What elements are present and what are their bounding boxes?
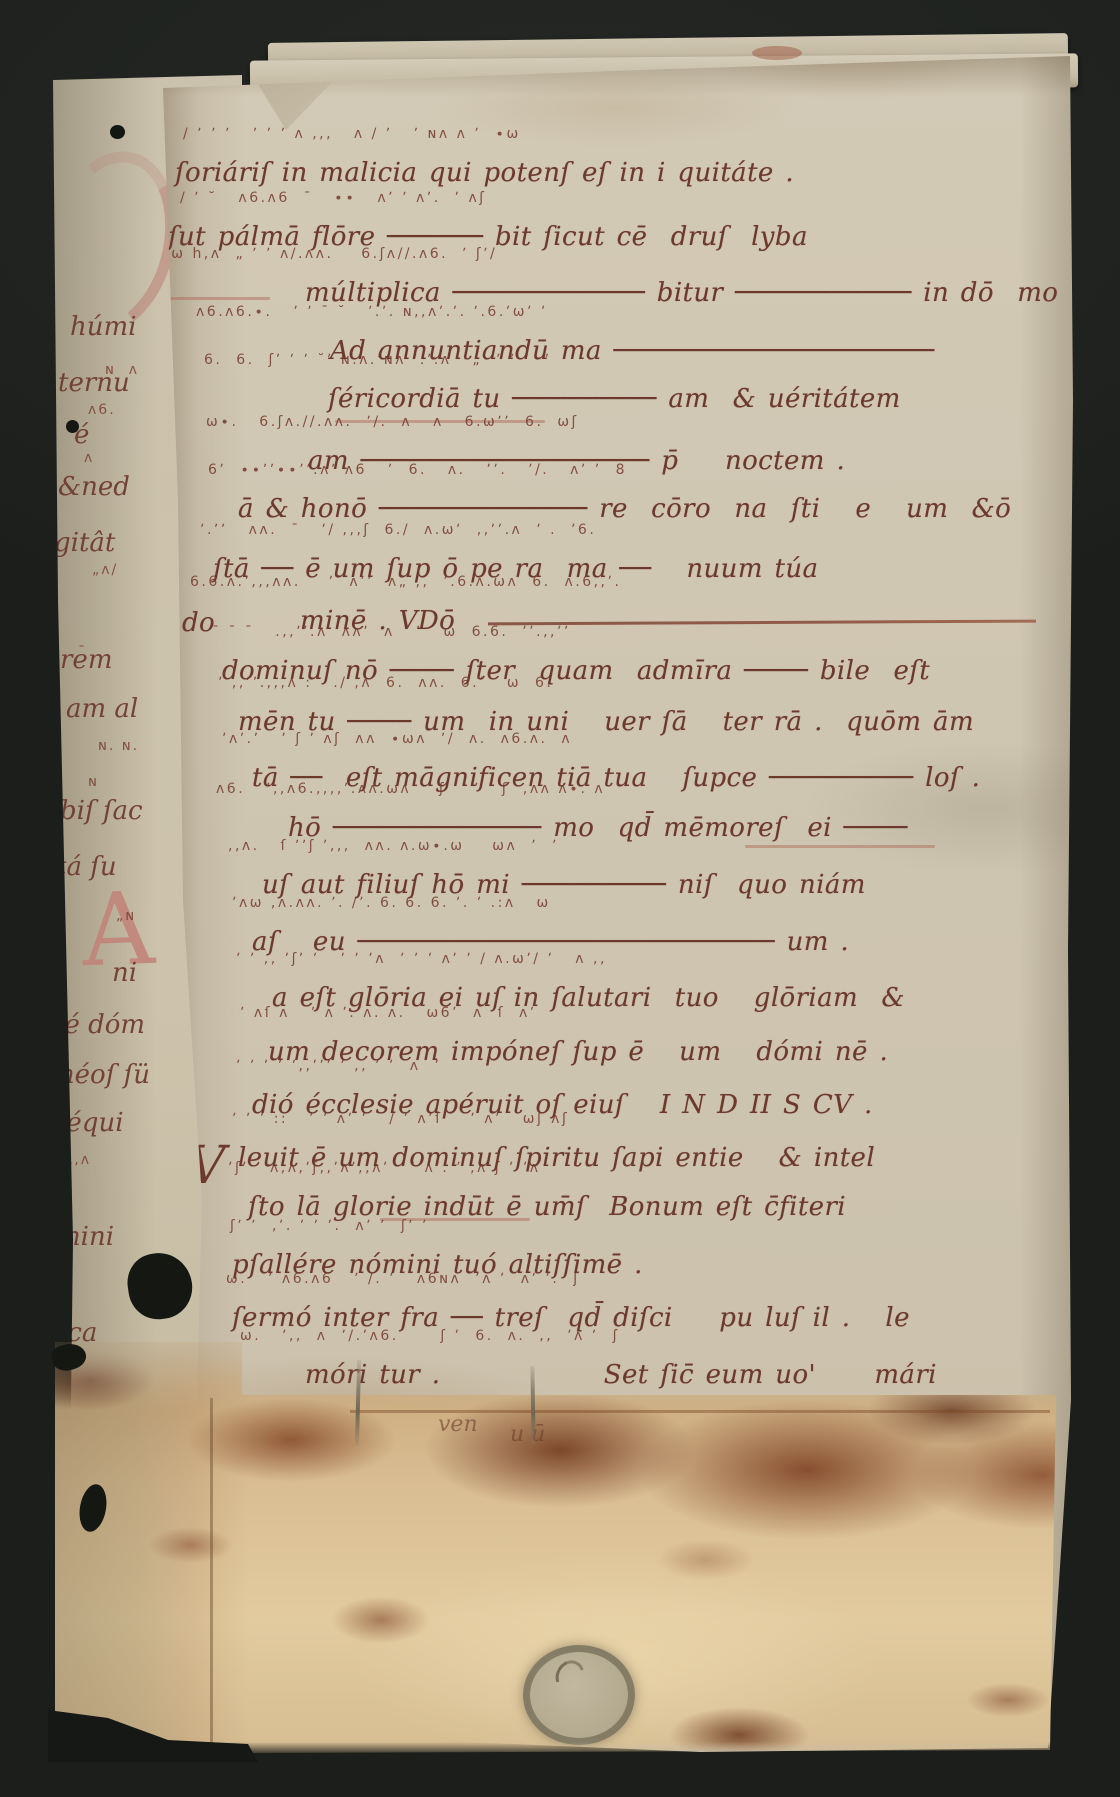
margin-neume-mark: ʌ6.	[88, 402, 116, 418]
margin-neume-mark: „ɴ	[116, 908, 136, 924]
neume-row: ʼʌʼ.ʼ ʼ ʃ ʼ ʌʃ ʌʌ ∙ωʌ ʼ/ ʌ. ʌ6.ʌ. ʌ	[222, 731, 572, 747]
neume-row: ʌ6. ʼ ʼ,,ʌ6.,,,,ʼ.ʌʌ.ωʌ ʃ ʼ ʼ ʃ ,ʌʌ ʌ∙. …	[216, 781, 605, 797]
text-line: do	[182, 608, 215, 638]
neume-row: ʌ6.ʌ6.∙. ʼ ʼ ¯ ˘ ʼ.ʼ. ɴ,,ʌʼ.ʼ. ʼ.6.ʼωʼ ʼ	[196, 304, 548, 320]
seal-ring-inner-mark	[551, 1656, 590, 1697]
margin-neume-mark: ɴ ʌ	[105, 362, 139, 378]
neume-row: ʼ ʼ ʼ :: ʼ ʼ ʌʼ ʼ / ʼ ʌʼſʼ ʼ ʌʼ ωʃ ʌʃ	[232, 1111, 569, 1127]
text-line: ā & honō ───────────── re cōro na ſti e …	[238, 494, 1011, 524]
margin-fragment: biſ ſac	[60, 796, 143, 826]
worm-hole	[110, 125, 125, 139]
neume-row: / ʼ ˘ ʌ6.ʌ6 ¯ ∙∙ ʌʼ ʼ ʌʼ. ʼ ʌʃ	[180, 190, 486, 206]
margin-fragment: réqui	[54, 1108, 124, 1138]
margin-fragment: té dóm	[54, 1010, 145, 1040]
neume-row: 6. 6. ʃʼ ʼ ʼ ˘ʼ ɴ.ʌ.ʼɴʌ ʼ.ʼ.ʌ „ ʼ ʼ ʼ ʼ	[204, 352, 552, 368]
margin-neume-mark: ʌ	[84, 450, 94, 466]
worm-hole	[66, 420, 79, 433]
neume-row: ʃʼ ʼ ,ʼ. ʼ ʼ ʼ. ʌʼ ʼ ʃʼ ʼ	[230, 1218, 429, 1234]
neume-row: ¯ ¯ ¯ .,,ʼʼ.ʌ ʌʌʼ ʌ ʼ ω 6.6. ʼʼ.,,ʼʼ	[212, 624, 571, 640]
margin-neume-mark: ʌ,ʌ	[64, 1152, 91, 1168]
text-line: ſéricordiā tu ───────── am & uéritátem	[328, 384, 901, 414]
band-fold-crease	[210, 1398, 213, 1750]
neume-row: 6ʼ ∙∙ʼʼ∙∙ʼʼ.ʌʼ ʌ6 ʼ 6. ʌ. ʼʼ. ʼ/. ʌʼ ʼ 8	[208, 462, 627, 478]
margin-neume-mark: „ʌ/	[92, 562, 118, 578]
margin-fragment: gitât	[54, 528, 115, 558]
neume-row: ,,ʌ. ſ ʼʼʃ ʼ,,, ʌʌ. ʌ.ω∙.ω ωʌ ʼ ʼ	[228, 838, 559, 854]
neume-row: ʼ ,,ʼʼ.,,,ʌ : ./ ,ʌ 6. ʌʌ. 6.ʼ ω 6.	[218, 675, 553, 691]
margin-fragment: tá ſu	[56, 852, 117, 882]
neume-row: ʼʃʼ ʼ ʌ,ʌ,ʼʃ,,ʼʌʼ,,ʌʼ ʼ ʌʼ. ʼ ,ʌ ʃ ʼ ʼʌ	[228, 1160, 541, 1176]
seal-ring-mark	[523, 1645, 635, 1745]
neume-row: ω∙. 6.ʃʌ.//.ʌʌ. ʼ/. ʌ ʌ 6.ωʼʼ 6. ωʃ	[206, 414, 579, 430]
margin-fragment: am al	[66, 694, 138, 724]
margin-fragment: méoſ ſü	[50, 1060, 150, 1090]
margin-fragment: mini	[56, 1222, 114, 1252]
neume-row: ʼ.ʼʼ ʌʌ. ¯ ʼ/ ,,,ʃ 6./ ʌ.ωʼ ,,ʼʼ.ʌ ʼ . ʼ…	[200, 522, 596, 538]
neume-row: / ʼ ʼ ʼ ʼ ʼ ʼ ʌ ,,, ʌ / ʼ ʼ ɴʌ ʌ ʼ ∙ω	[183, 126, 521, 142]
neume-row: ʼ ʼ ʼ ʼ ʼ,,ʼʼʼ ʼ ,, ʼ ʼ ʌ ʼ	[236, 1058, 441, 1074]
faded-red-rule	[745, 845, 935, 848]
faded-text-fragment: ven	[438, 1412, 478, 1437]
text-line: móri tur . Set ſic̄ eum uo' mári	[305, 1360, 937, 1390]
margin-neume-mark: ɴ. ɴ.	[98, 738, 139, 754]
margin-neume-mark: ¯	[78, 644, 87, 660]
margin-fragment: húmi	[70, 312, 136, 342]
neume-row: ∙ω h,ʌ „ ʼ ʼ ʌ/.ʌʌ. 6.ʃʌ//.ʌ6. ʼ ʃʼ/	[160, 246, 497, 262]
margin-fragment: &ned	[58, 472, 130, 502]
margin-fragment: ni	[112, 958, 137, 988]
neume-row: ʼ ʼ ,, ʼʃʼ ʼ ʼ ʼ ʼʌ ʼ ʼ ʼ ʌʼ ʼ / ʌ.ωʼ/ ʼ…	[236, 951, 607, 967]
manuscript-photo: A húmiternué&nedgitâtremam albiſ ſactá ſ…	[0, 0, 1120, 1797]
faded-text-fragment: u ū	[510, 1422, 545, 1447]
neume-row: ʼ ʌſ ʌ ʼ ʌ ʼ. ʌ. ʌ. ω6ʼ ʌ ſ ʌʼ	[240, 1005, 537, 1021]
text-line: ſoriáriſ in malicia qui potenſ eſ in i q…	[175, 158, 794, 188]
neume-row: 6.6.ʌ.ʼ,,,ʌʌ. ʼ ʌʼʼ ʌ„ ,, ʼ.6.ʌ.ωʌ 6. ʌ.…	[190, 574, 621, 590]
margin-neume-mark: ɴ	[88, 774, 99, 790]
neume-row: ω. ʼ,, ʌ ʼ/.ʼʌ6. ʃ ʼ 6. ʌ. ,, ʼʌ ʼ ʃ	[240, 1328, 620, 1344]
red-stain-top-edge	[752, 46, 802, 60]
neume-row: ω. ʼ ʌ6.ʌ6 ʼ /. ʼ ʌ6ɴʌ ʼʌ ʼ ʌʼ ʼ. ʃ	[226, 1271, 580, 1287]
neume-row: ʼʌω ,ʌ.ʌʌ. ʼ. /ʼ. 6. 6. 6. ʼ. ʼ .:ʌ ω	[232, 895, 551, 911]
